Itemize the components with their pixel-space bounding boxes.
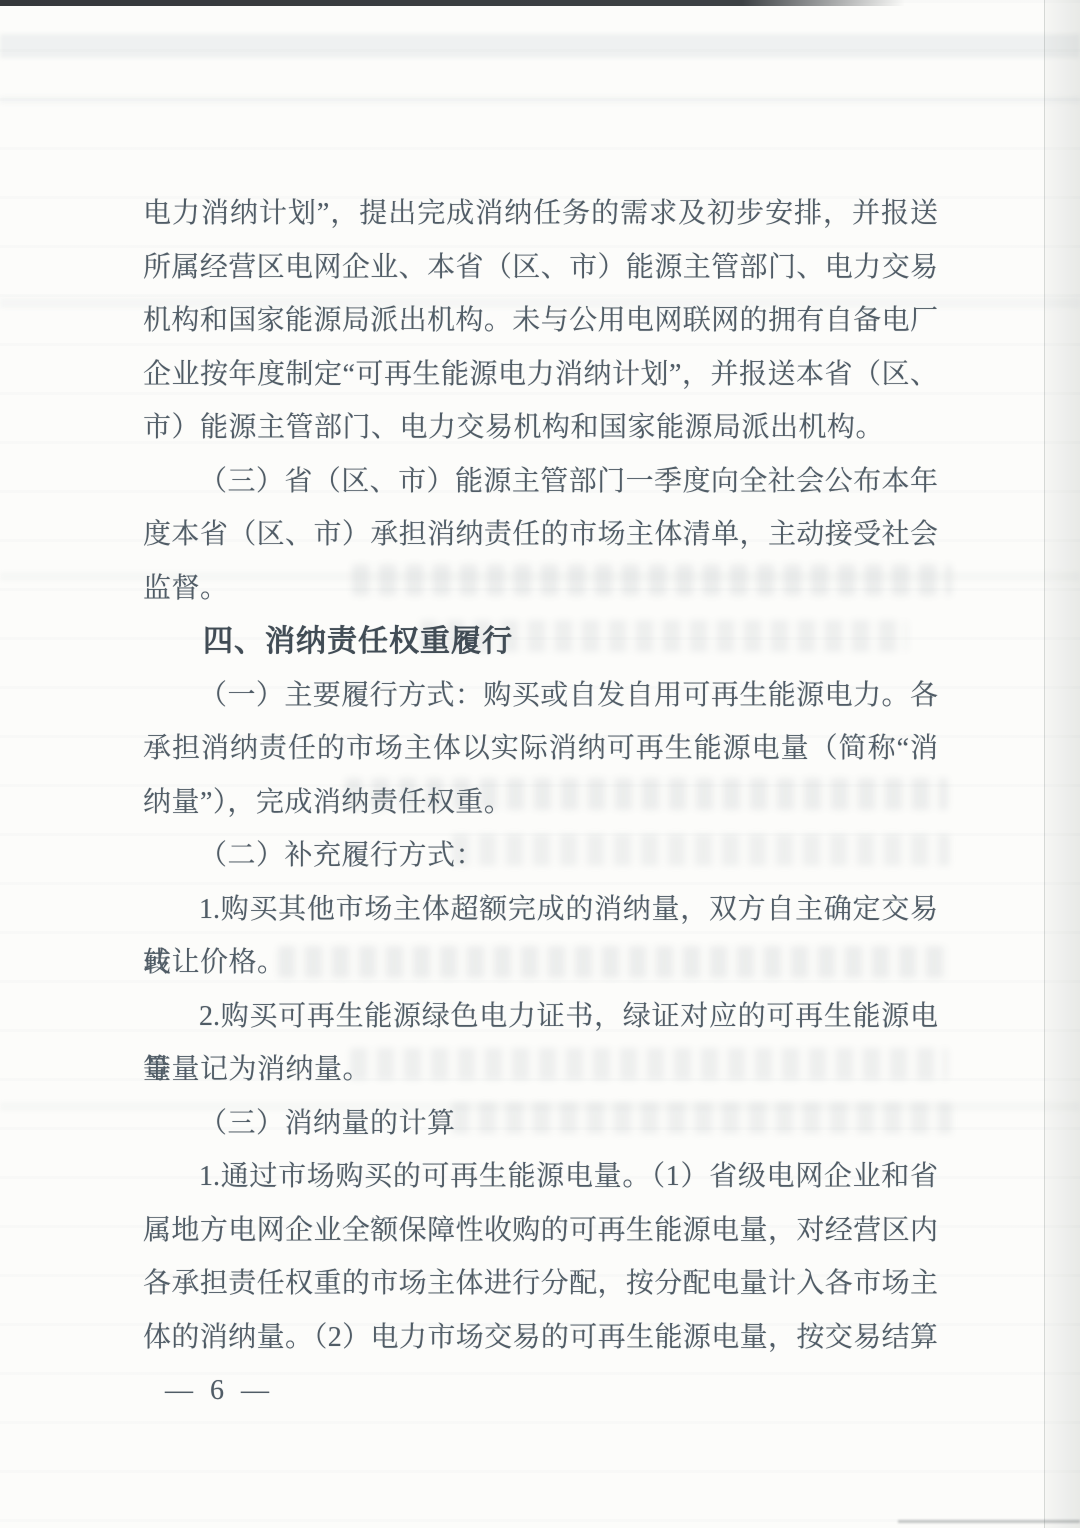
page-number: — 6 — xyxy=(165,1364,274,1417)
text-line: 各承担责任权重的市场主体进行分配，按分配电量计入各市场主 xyxy=(143,1257,938,1311)
scan-edge-artifact-bottom xyxy=(898,1520,1080,1523)
text-line: 度本省（区、市）承担消纳责任的市场主体清单，主动接受社会 xyxy=(143,508,938,562)
scan-edge-artifact-top xyxy=(0,0,905,6)
text-line: 监督。 xyxy=(143,562,938,616)
scanner-band-artifact xyxy=(0,96,1080,104)
text-line: （三）消纳量的计算 xyxy=(143,1097,938,1151)
scanned-document-page: 电力消纳计划”，提出完成消纳任务的需求及初步安排，并报送所属经营区电网企业、本省… xyxy=(0,0,1080,1528)
text-line: 属地方电网企业全额保障性收购的可再生能源电量，对经营区内 xyxy=(143,1204,938,1258)
text-line: 所属经营区电网企业、本省（区、市）能源主管部门、电力交易 xyxy=(143,241,938,295)
scanner-band-artifact xyxy=(0,34,1080,58)
text-line: 1.购买其他市场主体超额完成的消纳量，双方自主确定交易或 xyxy=(143,883,938,937)
text-line: 1.通过市场购买的可再生能源电量。（1）省级电网企业和省 xyxy=(143,1150,938,1204)
text-line: 承担消纳责任的市场主体以实际消纳可再生能源电量（简称“消 xyxy=(143,722,938,776)
document-lines: 电力消纳计划”，提出完成消纳任务的需求及初步安排，并报送所属经营区电网企业、本省… xyxy=(143,187,938,1364)
scan-edge-artifact-right xyxy=(1044,0,1080,1528)
text-line: 转让价格。 xyxy=(143,936,938,990)
text-line: 纳量”），完成消纳责任权重。 xyxy=(143,776,938,830)
text-line: （三）省（区、市）能源主管部门一季度向全社会公布本年 xyxy=(143,455,938,509)
text-line: 体的消纳量。（2）电力市场交易的可再生能源电量，按交易结算 xyxy=(143,1311,938,1365)
text-line: 机构和国家能源局派出机构。未与公用电网联网的拥有自备电厂 xyxy=(143,294,938,348)
text-line: 电力消纳计划”，提出完成消纳任务的需求及初步安排，并报送 xyxy=(143,187,938,241)
text-line: 2.购买可再生能源绿色电力证书，绿证对应的可再生能源电量 xyxy=(143,990,938,1044)
section-heading: 四、消纳责任权重履行 xyxy=(143,615,938,669)
text-line: 等量记为消纳量。 xyxy=(143,1043,938,1097)
text-line: （一）主要履行方式：购买或自发自用可再生能源电力。各 xyxy=(143,669,938,723)
text-line: 企业按年度制定“可再生能源电力消纳计划”，并报送本省（区、 xyxy=(143,348,938,402)
text-line: （二）补充履行方式： xyxy=(143,829,938,883)
text-line: 市）能源主管部门、电力交易机构和国家能源局派出机构。 xyxy=(143,401,938,455)
